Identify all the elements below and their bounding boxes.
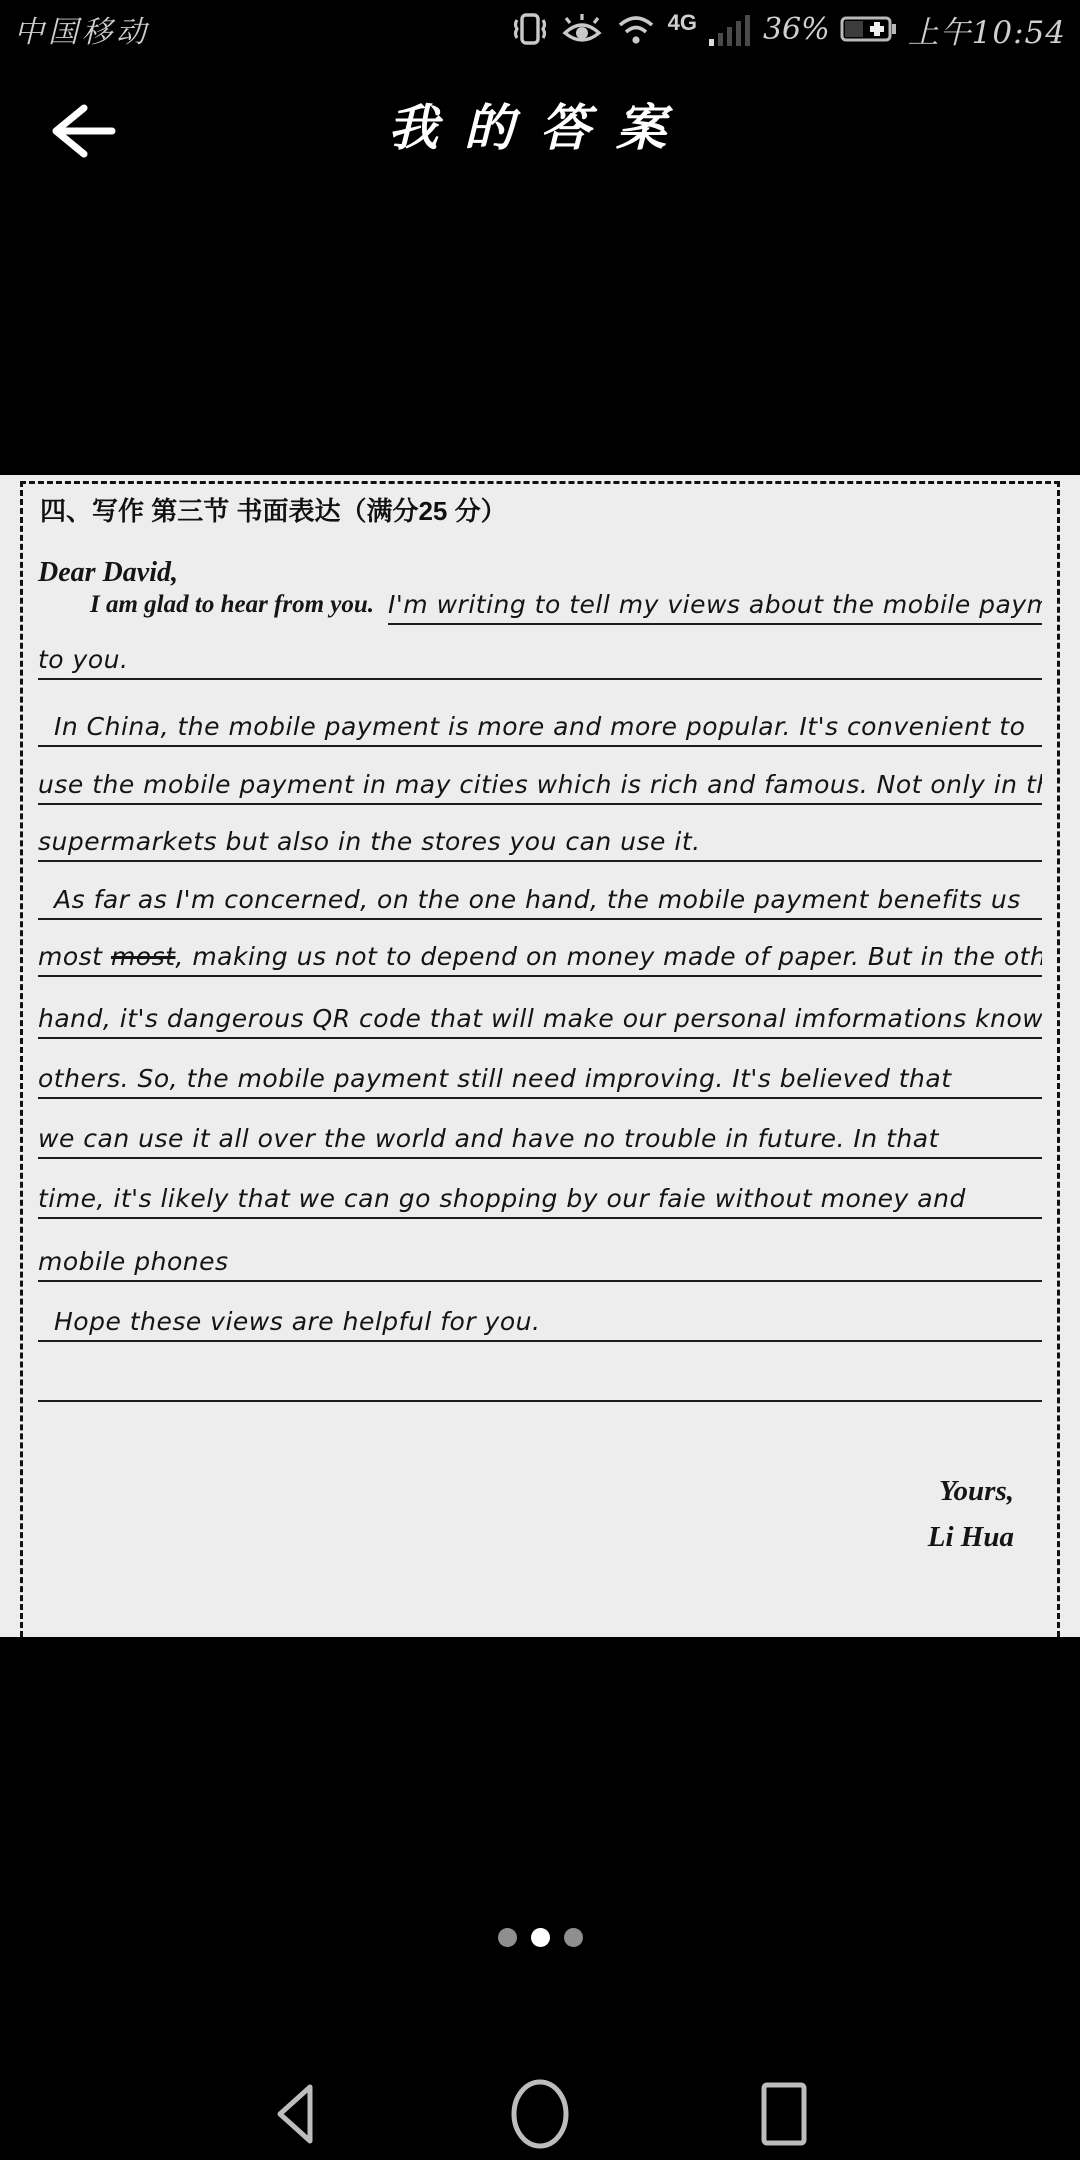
page-dot[interactable] [498,1928,517,1947]
system-nav-bar [0,2068,1080,2160]
battery-charging-icon [840,9,898,49]
answer-sheet-image[interactable]: 四、写作 第三节 书面表达（满分25 分） Dear David, I am g… [0,475,1080,1637]
status-bar: 中国移动 4G [0,0,1080,58]
handwriting: I'm writing to tell my views about the m… [388,590,1042,619]
recents-icon[interactable] [746,2076,822,2152]
essay-line: Hope these views are helpful for you. [38,1294,1042,1342]
essay-line: hand, it's dangerous QR code that will m… [38,991,1042,1039]
essay-line: supermarkets but also in the stores you … [38,814,1042,862]
wifi-icon [614,9,658,49]
signal-bars-icon [707,9,753,49]
essay-line [38,1354,1042,1402]
signature: Li Hua [928,1521,1014,1554]
printed-lead: I am glad to hear from you. [90,585,374,625]
essay-line: I am glad to hear from you. I'm writing … [38,579,1042,625]
network-type-label: 4G [668,12,697,34]
essay-line: use the mobile payment in may cities whi… [38,757,1042,805]
section-title: 四、写作 第三节 书面表达（满分25 分） [40,491,507,528]
eye-comfort-icon [560,9,604,49]
app-header: 我的答案 [0,70,1080,190]
page-title: 我的答案 [0,88,1080,160]
essay-line: we can use it all over the world and hav… [38,1111,1042,1159]
carrier-label: 中国移动 [14,7,150,51]
closing: Yours, [939,1475,1014,1508]
back-icon[interactable] [258,2076,334,2152]
home-icon[interactable] [502,2076,578,2152]
essay-line: most most, making us not to depend on mo… [38,929,1042,977]
page-dot[interactable] [564,1928,583,1947]
essay-line: mobile phones [38,1234,1042,1282]
essay-line: time, it's likely that we can go shoppin… [38,1171,1042,1219]
clock-label: 上午10:54 [908,7,1066,52]
vibrate-icon [510,9,550,49]
battery-percent-label: 36% [763,12,830,47]
struck-word: most [111,942,175,971]
essay-line: As far as I'm concerned, on the one hand… [38,872,1042,920]
essay-line: to you. [38,632,1042,680]
screen: { "colors": { "background": "#000000", "… [0,0,1080,2160]
essay-line: In China, the mobile payment is more and… [38,699,1042,747]
page-dot-active[interactable] [531,1928,550,1947]
essay-line: others. So, the mobile payment still nee… [38,1051,1042,1099]
page-indicator[interactable] [0,1928,1080,1947]
